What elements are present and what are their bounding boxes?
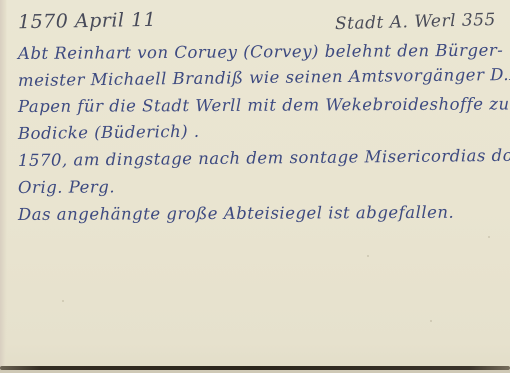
- document-date: 1570 April 11: [18, 9, 157, 33]
- body-line: 1570, am dingstage nach dem sontage Mise…: [18, 143, 502, 175]
- paper-speck: [488, 236, 490, 238]
- body-line: Bodicke (Büderich) .: [18, 115, 502, 147]
- body-line: Das angehängte große Abteisiegel ist abg…: [18, 199, 502, 228]
- archive-reference: Stadt A. Werl 355: [335, 10, 496, 34]
- card-body: Abt Reinhart von Coruey (Corvey) belehnt…: [18, 41, 502, 229]
- index-card: 1570 April 11 Stadt A. Werl 355 Abt Rein…: [0, 0, 510, 373]
- paper-speck: [430, 320, 432, 322]
- body-line: meister Michaell Brandiß wie seinen Amts…: [18, 62, 502, 94]
- paper-speck: [367, 255, 369, 257]
- paper-speck: [62, 300, 64, 302]
- card-left-edge: [0, 0, 7, 373]
- card-header: 1570 April 11 Stadt A. Werl 355: [18, 10, 496, 32]
- body-line: Orig. Perg.: [18, 171, 502, 201]
